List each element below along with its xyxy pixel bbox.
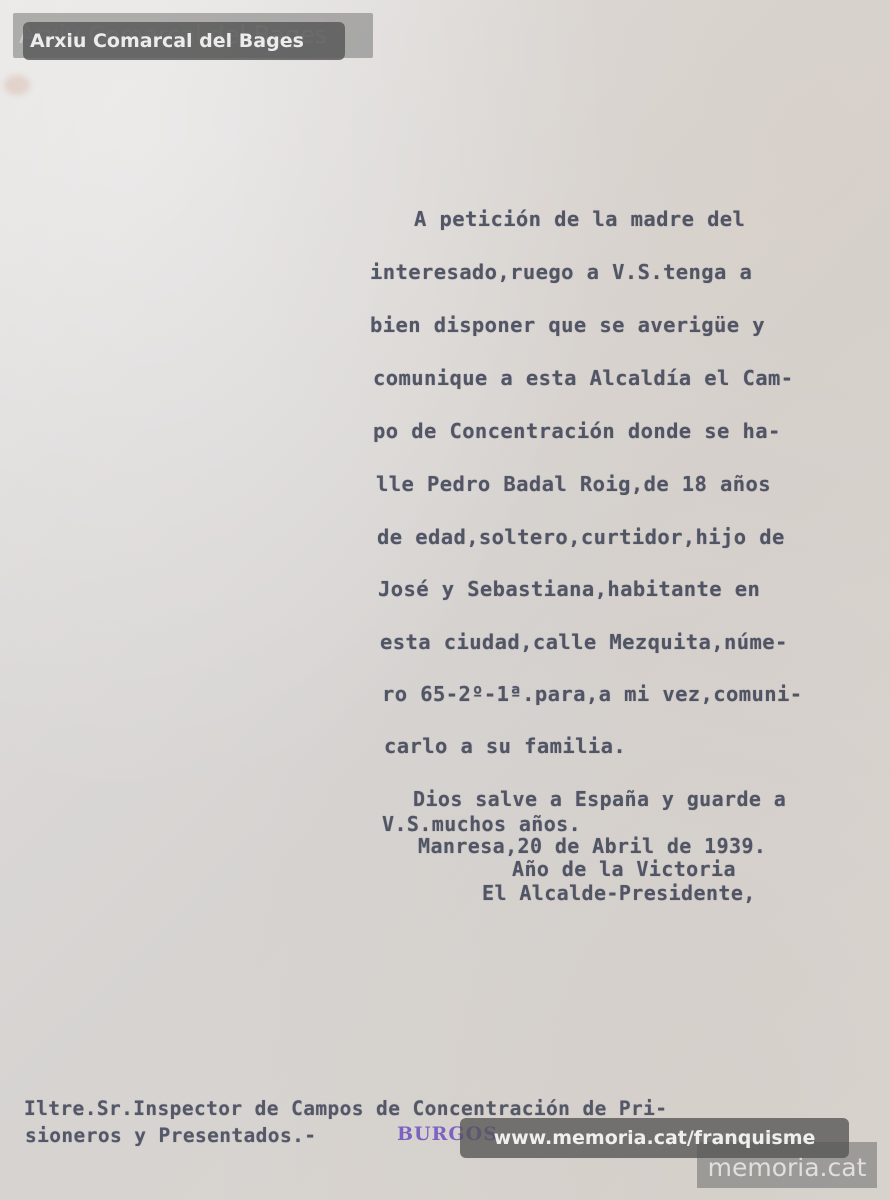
addressee-line: sioneros y Presentados.- (25, 1124, 316, 1147)
addressee-line: Iltre.Sr.Inspector de Campos de Concentr… (24, 1097, 667, 1120)
body-line: José y Sebastiana,habitante en (378, 577, 760, 601)
body-line: lle Pedro Badal Roig,de 18 años (376, 472, 771, 496)
paper-stain (4, 75, 30, 95)
body-line: comunique a esta Alcaldía el Cam- (373, 366, 794, 390)
body-line: po de Concentración donde se ha- (373, 419, 781, 443)
closing-salutation: Dios salve a España y guarde a (413, 787, 786, 811)
body-line: bien disponer que se averigüe y (370, 313, 765, 337)
year-motto: Año de la Victoria (512, 857, 736, 881)
place-date: Manresa,20 de Abril de 1939. (418, 834, 766, 858)
body-line: interesado,ruego a V.S.tenga a (370, 260, 752, 284)
closing-salutation-cont: V.S.muchos años. (382, 812, 581, 836)
body-line: de edad,soltero,curtidor,hijo de (377, 525, 785, 549)
body-line: A petición de la madre del (414, 207, 745, 231)
url-watermark: www.memoria.cat/franquisme (460, 1118, 849, 1158)
body-line: ro 65-2º-1ª.para,a mi vez,comuni- (382, 682, 803, 706)
signatory-title: El Alcalde-Presidente, (482, 881, 756, 905)
archive-watermark: Arxiu Comarcal del Bages (23, 22, 345, 60)
body-line: carlo a su familia. (384, 734, 626, 758)
body-line: esta ciudad,calle Mezquita,núme- (380, 630, 788, 654)
url-watermark-text: www.memoria.cat/franquisme (494, 1127, 816, 1149)
archive-watermark-text: Arxiu Comarcal del Bages (30, 30, 304, 52)
